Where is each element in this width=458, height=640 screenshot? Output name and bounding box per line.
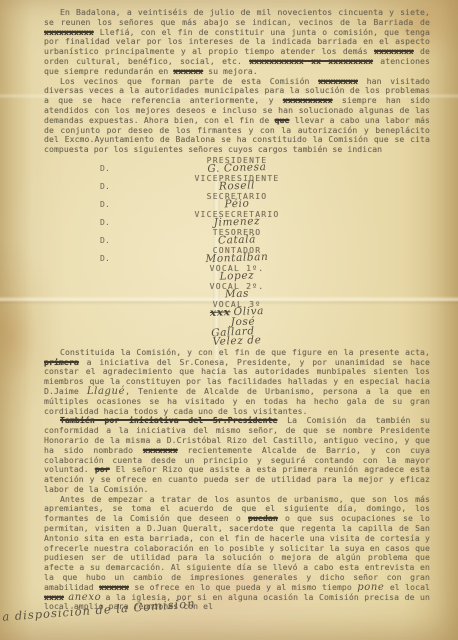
struck-out-text: También por iniciativa del Sr.Presidente bbox=[60, 415, 277, 425]
paragraph: Constituida la Comisión, y con el fin de… bbox=[44, 348, 430, 417]
typewritten-text-block: En Badalona, a veintiséis de julio de mi… bbox=[0, 0, 458, 612]
officer-name-row: D.Péio bbox=[44, 200, 430, 210]
struck-out-text: xxxxxxxxxxx xx xxxxxxxxx bbox=[249, 56, 373, 66]
struck-out-text: xxxxxx bbox=[173, 66, 203, 76]
typed-text: su mejora. bbox=[203, 66, 258, 76]
struck-out-text: xxxxxx bbox=[99, 582, 129, 592]
typed-text: el local bbox=[384, 582, 430, 592]
officer-list: PRESIDENTED.G. ConesaVICEPRESIDENTED.Ros… bbox=[44, 156, 430, 347]
officer-name-row: Velez de bbox=[44, 337, 430, 347]
officer-name-row: D.Catalá bbox=[44, 236, 430, 246]
struck-out-text: puedan bbox=[248, 513, 278, 523]
typed-text: Llefiá, con el fin de constituir una jun… bbox=[44, 27, 430, 57]
struck-out-text: xxxxxxxxxx bbox=[283, 95, 333, 105]
paragraph: También por iniciativa del Sr.Presidente… bbox=[44, 416, 430, 494]
paragraph: Los vecinos que forman parte de esta Com… bbox=[44, 77, 430, 155]
struck-out-text: xxxxxxxxxx bbox=[44, 27, 94, 37]
officer-name-row: Lopez bbox=[44, 272, 430, 282]
officer-name-row: D.G. Conesa bbox=[44, 164, 430, 174]
typed-text: En Badalona, a veintiséis de julio de mi… bbox=[44, 7, 430, 27]
officer-entry: VOCAL 3ºxxxOlivaJoséGallardVelez de bbox=[44, 300, 430, 347]
struck-out-text: por bbox=[95, 464, 110, 474]
typed-text: o que sus ocupaciones se lo permitan, vi… bbox=[44, 513, 430, 592]
officer-name-row: D.Rosell bbox=[44, 182, 430, 192]
officer-name-row: Mas bbox=[44, 290, 430, 300]
officer-name-row: D.Jimenez bbox=[44, 218, 430, 228]
paragraph: En Badalona, a veintiséis de julio de mi… bbox=[44, 8, 430, 77]
body-text-bottom: Constituida la Comisión, y con el fin de… bbox=[44, 348, 430, 613]
paragraph: Antes de empezar a tratar de los asuntos… bbox=[44, 495, 430, 613]
officer-name-row: D.Montalban bbox=[44, 254, 430, 264]
officer-entry: PRESIDENTED.G. Conesa bbox=[44, 156, 430, 174]
struck-out-text: xxxxxxxx bbox=[374, 46, 414, 56]
struck-out-text: que bbox=[275, 115, 290, 125]
typed-text: se ofrece en lo que pueda y al mismo tie… bbox=[129, 582, 357, 592]
struck-out-text: xxxxxxx bbox=[143, 445, 178, 455]
struck-out-text: primera bbox=[44, 357, 79, 367]
body-text-top: En Badalona, a veintiséis de julio de mi… bbox=[44, 8, 430, 155]
document-page: En Badalona, a veintiséis de julio de mi… bbox=[0, 0, 458, 640]
struck-out-text: xxxx bbox=[44, 592, 64, 602]
